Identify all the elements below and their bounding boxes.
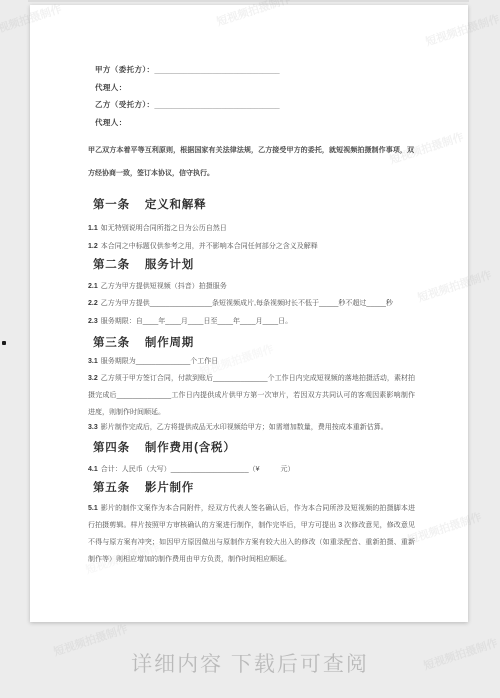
clause-5-1: 5.1影片的制作文案作为本合同附件，经双方代表人签名确认后，作为本合同所涉及短视… bbox=[88, 500, 415, 568]
section-5-title: 影片制作 bbox=[145, 482, 194, 494]
section-5-heading: 第五条影片制作 bbox=[93, 481, 194, 495]
clause-1-2-number: 1.2 bbox=[88, 243, 98, 250]
section-3-heading: 第三条制作周期 bbox=[93, 336, 194, 350]
agent-b-row: 代理人： bbox=[95, 114, 127, 131]
party-b-blank-line: ______________________________ bbox=[154, 100, 279, 109]
section-2-title: 服务计划 bbox=[145, 259, 194, 271]
clause-2-3-text: 服务期限：自____年____月____日至____年____月____日。 bbox=[101, 318, 292, 325]
party-a-blank-line: ______________________________ bbox=[154, 65, 279, 74]
clause-3-1: 3.1服务期限为______________个工作日 bbox=[88, 353, 415, 370]
section-1-number: 第一条 bbox=[93, 199, 130, 211]
download-hint-caption: 详细内容 下载后可查阅 bbox=[0, 648, 500, 678]
clause-3-1-text: 服务期限为______________个工作日 bbox=[101, 358, 219, 365]
agent-a-label: 代理人： bbox=[95, 83, 127, 92]
clause-1-2-text: 本合同之中标题仅供参考之用，并不影响本合同任何部分之含义及解释 bbox=[101, 243, 318, 250]
clause-2-3-number: 2.3 bbox=[88, 318, 98, 325]
clause-2-2-number: 2.2 bbox=[88, 300, 98, 307]
clause-5-1-text: 影片的制作文案作为本合同附件，经双方代表人签名确认后，作为本合同所涉及短视频的拍… bbox=[88, 505, 415, 563]
clause-2-1-text: 乙方为甲方提供短视频（抖音）拍摄服务 bbox=[101, 283, 227, 290]
clause-1-1: 1.1如无特别说明合同所指之日为公历自然日 bbox=[88, 220, 415, 237]
party-a-label: 甲方（委托方）： bbox=[95, 65, 154, 74]
clause-3-2: 3.2乙方须于甲方签订合同，付款到账后______________个工作日内完成… bbox=[88, 370, 415, 421]
contract-preamble: 甲乙双方本着平等互利原则，根据国家有关法律法规，乙方接受甲方的委托，就短视频拍摄… bbox=[88, 139, 414, 185]
clause-2-2: 2.2乙方为甲方提供________________条短视频成片,每条视频时长不… bbox=[88, 295, 415, 312]
agent-a-row: 代理人： bbox=[95, 79, 127, 96]
section-2-heading: 第二条服务计划 bbox=[93, 258, 194, 272]
clause-1-1-text: 如无特别说明合同所指之日为公历自然日 bbox=[101, 225, 227, 232]
clause-3-2-text: 乙方须于甲方签订合同，付款到账后______________个工作日内完成短视频… bbox=[88, 375, 415, 416]
clause-2-1-number: 2.1 bbox=[88, 283, 98, 290]
party-b-label: 乙方（受托方）： bbox=[95, 100, 154, 109]
clause-4-1: 4.1合计：人民币（大写）____________________（¥ 元） bbox=[88, 461, 415, 478]
clause-1-1-number: 1.1 bbox=[88, 225, 98, 232]
section-1-title: 定义和解释 bbox=[145, 199, 207, 211]
section-3-title: 制作周期 bbox=[145, 337, 194, 349]
party-a-row: 甲方（委托方）：______________________________ bbox=[95, 61, 280, 78]
clause-3-1-number: 3.1 bbox=[88, 358, 98, 365]
stray-mark-dot bbox=[2, 341, 6, 345]
section-4-number: 第四条 bbox=[93, 442, 130, 454]
section-3-number: 第三条 bbox=[93, 337, 130, 349]
contract-page: 甲方（委托方）：______________________________ 代… bbox=[30, 5, 468, 622]
party-b-row: 乙方（受托方）：______________________________ bbox=[95, 96, 280, 113]
clause-1-2: 1.2本合同之中标题仅供参考之用，并不影响本合同任何部分之含义及解释 bbox=[88, 238, 415, 255]
clause-3-3: 3.3影片制作完成后，乙方将提供成品无水印视频给甲方；如需增加数量，费用按成本重… bbox=[88, 419, 415, 436]
clause-3-2-number: 3.2 bbox=[88, 375, 98, 382]
section-4-title: 制作费用(含税） bbox=[145, 442, 236, 454]
clause-4-1-number: 4.1 bbox=[88, 466, 98, 473]
section-2-number: 第二条 bbox=[93, 259, 130, 271]
agent-b-label: 代理人： bbox=[95, 118, 127, 127]
clause-3-3-text: 影片制作完成后，乙方将提供成品无水印视频给甲方；如需增加数量，费用按成本重新估算… bbox=[101, 424, 388, 431]
previous-page-edge bbox=[28, 0, 469, 2]
document-preview-screen: { "page": { "parties": [ {"label": "甲方（委… bbox=[0, 0, 500, 698]
clause-5-1-number: 5.1 bbox=[88, 505, 98, 512]
clause-4-1-text: 合计：人民币（大写）____________________（¥ 元） bbox=[101, 466, 295, 473]
clause-2-3: 2.3服务期限：自____年____月____日至____年____月____日… bbox=[88, 313, 415, 330]
section-4-heading: 第四条制作费用(含税） bbox=[93, 441, 236, 455]
clause-2-2-text: 乙方为甲方提供________________条短视频成片,每条视频时长不低于_… bbox=[101, 300, 393, 307]
section-1-heading: 第一条定义和解释 bbox=[93, 198, 206, 212]
clause-3-3-number: 3.3 bbox=[88, 424, 98, 431]
clause-2-1: 2.1乙方为甲方提供短视频（抖音）拍摄服务 bbox=[88, 278, 415, 295]
section-5-number: 第五条 bbox=[93, 482, 130, 494]
